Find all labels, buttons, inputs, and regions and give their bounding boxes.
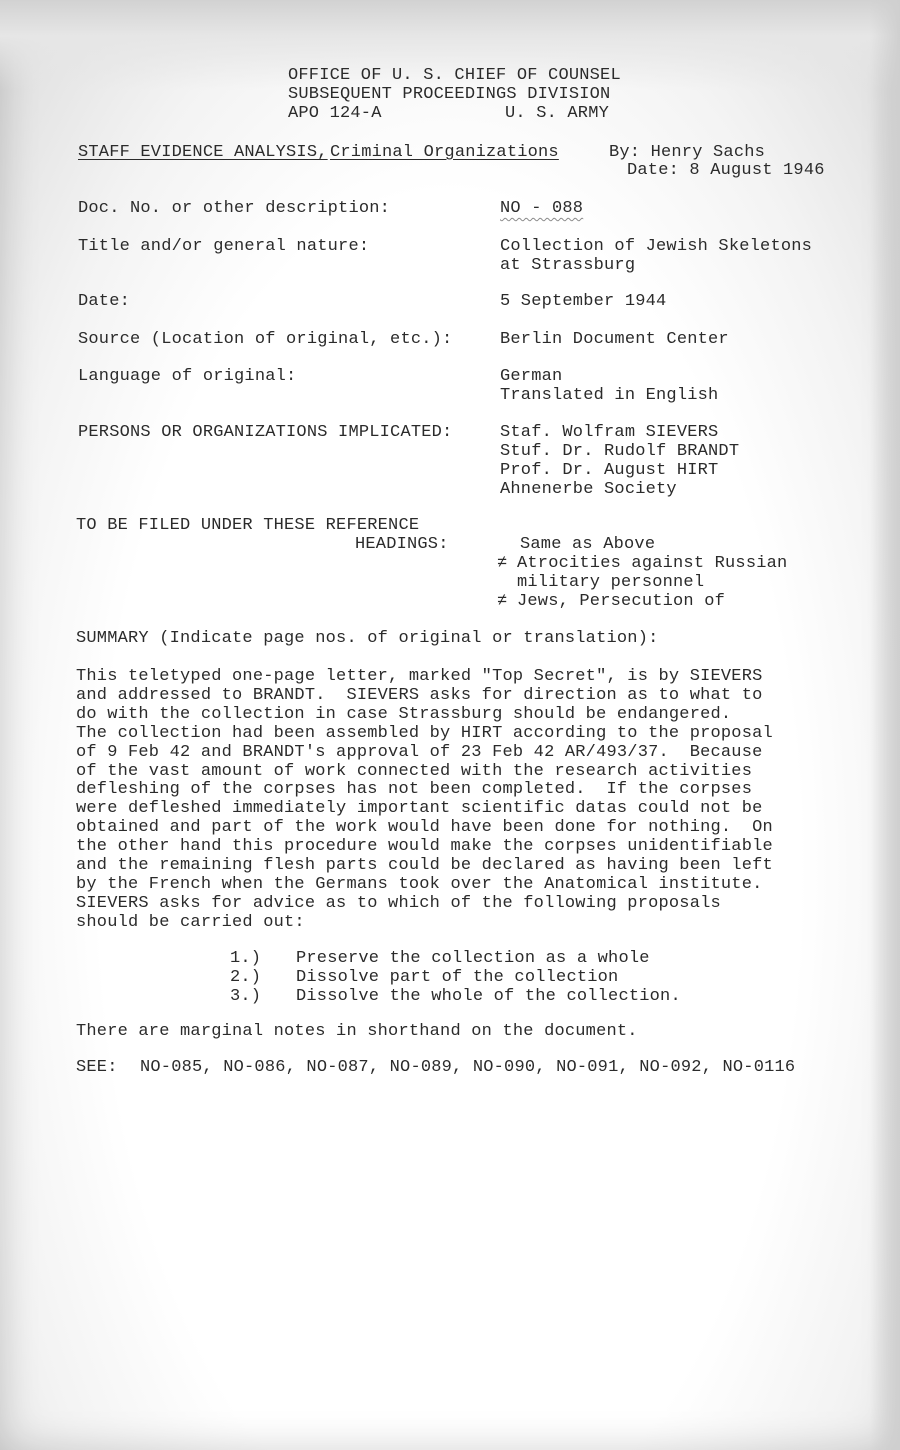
date-value: 5 September 1944 <box>500 292 666 311</box>
reference-item: military personnel <box>497 573 704 592</box>
summary-line: of 9 Feb 42 and BRANDT's approval of 23 … <box>76 743 763 762</box>
summary-line: by the French when the Germans took over… <box>76 875 763 894</box>
person-item: Staf. Wolfram SIEVERS <box>500 423 718 442</box>
proposal-text: Dissolve part of the collection <box>296 968 618 987</box>
summary-line: should be carried out: <box>76 913 305 932</box>
header-division: SUBSEQUENT PROCEEDINGS DIVISION <box>288 85 610 104</box>
analyst-name: By: Henry Sachs <box>609 143 765 162</box>
person-item: Stuf. Dr. Rudolf BRANDT <box>500 442 739 461</box>
proposal-number: 2.) <box>230 968 261 987</box>
source-label: Source (Location of original, etc.): <box>78 330 452 349</box>
summary-line: The collection had been assembled by HIR… <box>76 724 773 743</box>
document-page: OFFICE OF U. S. CHIEF OF COUNSEL SUBSEQU… <box>0 0 900 1450</box>
proposal-text: Preserve the collection as a whole <box>296 949 650 968</box>
summary-line: obtained and part of the work would have… <box>76 818 773 837</box>
summary-line: the other hand this procedure would make… <box>76 837 773 856</box>
summary-heading: SUMMARY (Indicate page nos. of original … <box>76 629 659 648</box>
persons-label: PERSONS OR ORGANIZATIONS IMPLICATED: <box>78 423 452 442</box>
reference-label-line2: HEADINGS: <box>355 535 449 554</box>
title-value-line2: at Strassburg <box>500 256 635 275</box>
reference-item: ≠Atrocities against Russian <box>497 554 787 573</box>
language-label: Language of original: <box>78 367 296 386</box>
header-army: U. S. ARMY <box>505 104 609 123</box>
person-item: Ahnenerbe Society <box>500 480 677 499</box>
title-label: Title and/or general nature: <box>78 237 369 256</box>
analysis-title: STAFF EVIDENCE ANALYSIS, <box>78 143 328 162</box>
analysis-date: Date: 8 August 1946 <box>627 161 825 180</box>
summary-line: SIEVERS asks for advice as to which of t… <box>76 894 721 913</box>
check-mark-icon: ≠ <box>497 592 517 611</box>
summary-line: were defleshed immediately important sci… <box>76 799 763 818</box>
doc-no-value: NO - 088 <box>500 199 583 218</box>
header-office: OFFICE OF U. S. CHIEF OF COUNSEL <box>288 66 621 85</box>
summary-line: of the vast amount of work connected wit… <box>76 762 752 781</box>
reference-label-line1: TO BE FILED UNDER THESE REFERENCE <box>76 516 419 535</box>
date-label: Date: <box>78 292 130 311</box>
summary-line: and addressed to BRANDT. SIEVERS asks fo… <box>76 686 763 705</box>
source-value: Berlin Document Center <box>500 330 729 349</box>
header-apo: APO 124-A <box>288 104 382 123</box>
person-item: Prof. Dr. August HIRT <box>500 461 718 480</box>
analysis-category: Criminal Organizations <box>330 143 559 162</box>
summary-line: defleshing of the corpses has not been c… <box>76 780 752 799</box>
marginal-note: There are marginal notes in shorthand on… <box>76 1022 638 1041</box>
reference-item: Same as Above <box>500 535 655 554</box>
see-label: SEE: <box>76 1058 118 1077</box>
summary-line: do with the collection in case Strassbur… <box>76 705 731 724</box>
proposal-text: Dissolve the whole of the collection. <box>296 987 681 1006</box>
check-mark-icon: ≠ <box>497 554 517 573</box>
summary-line: This teletyped one-page letter, marked "… <box>76 667 763 686</box>
language-value-line1: German <box>500 367 562 386</box>
proposal-number: 3.) <box>230 987 261 1006</box>
title-value-line1: Collection of Jewish Skeletons <box>500 237 812 256</box>
see-references: NO-085, NO-086, NO-087, NO-089, NO-090, … <box>140 1058 795 1077</box>
language-value-line2: Translated in English <box>500 386 718 405</box>
proposal-number: 1.) <box>230 949 261 968</box>
reference-item: ≠Jews, Persecution of <box>497 592 725 611</box>
doc-no-label: Doc. No. or other description: <box>78 199 390 218</box>
summary-line: and the remaining flesh parts could be d… <box>76 856 773 875</box>
